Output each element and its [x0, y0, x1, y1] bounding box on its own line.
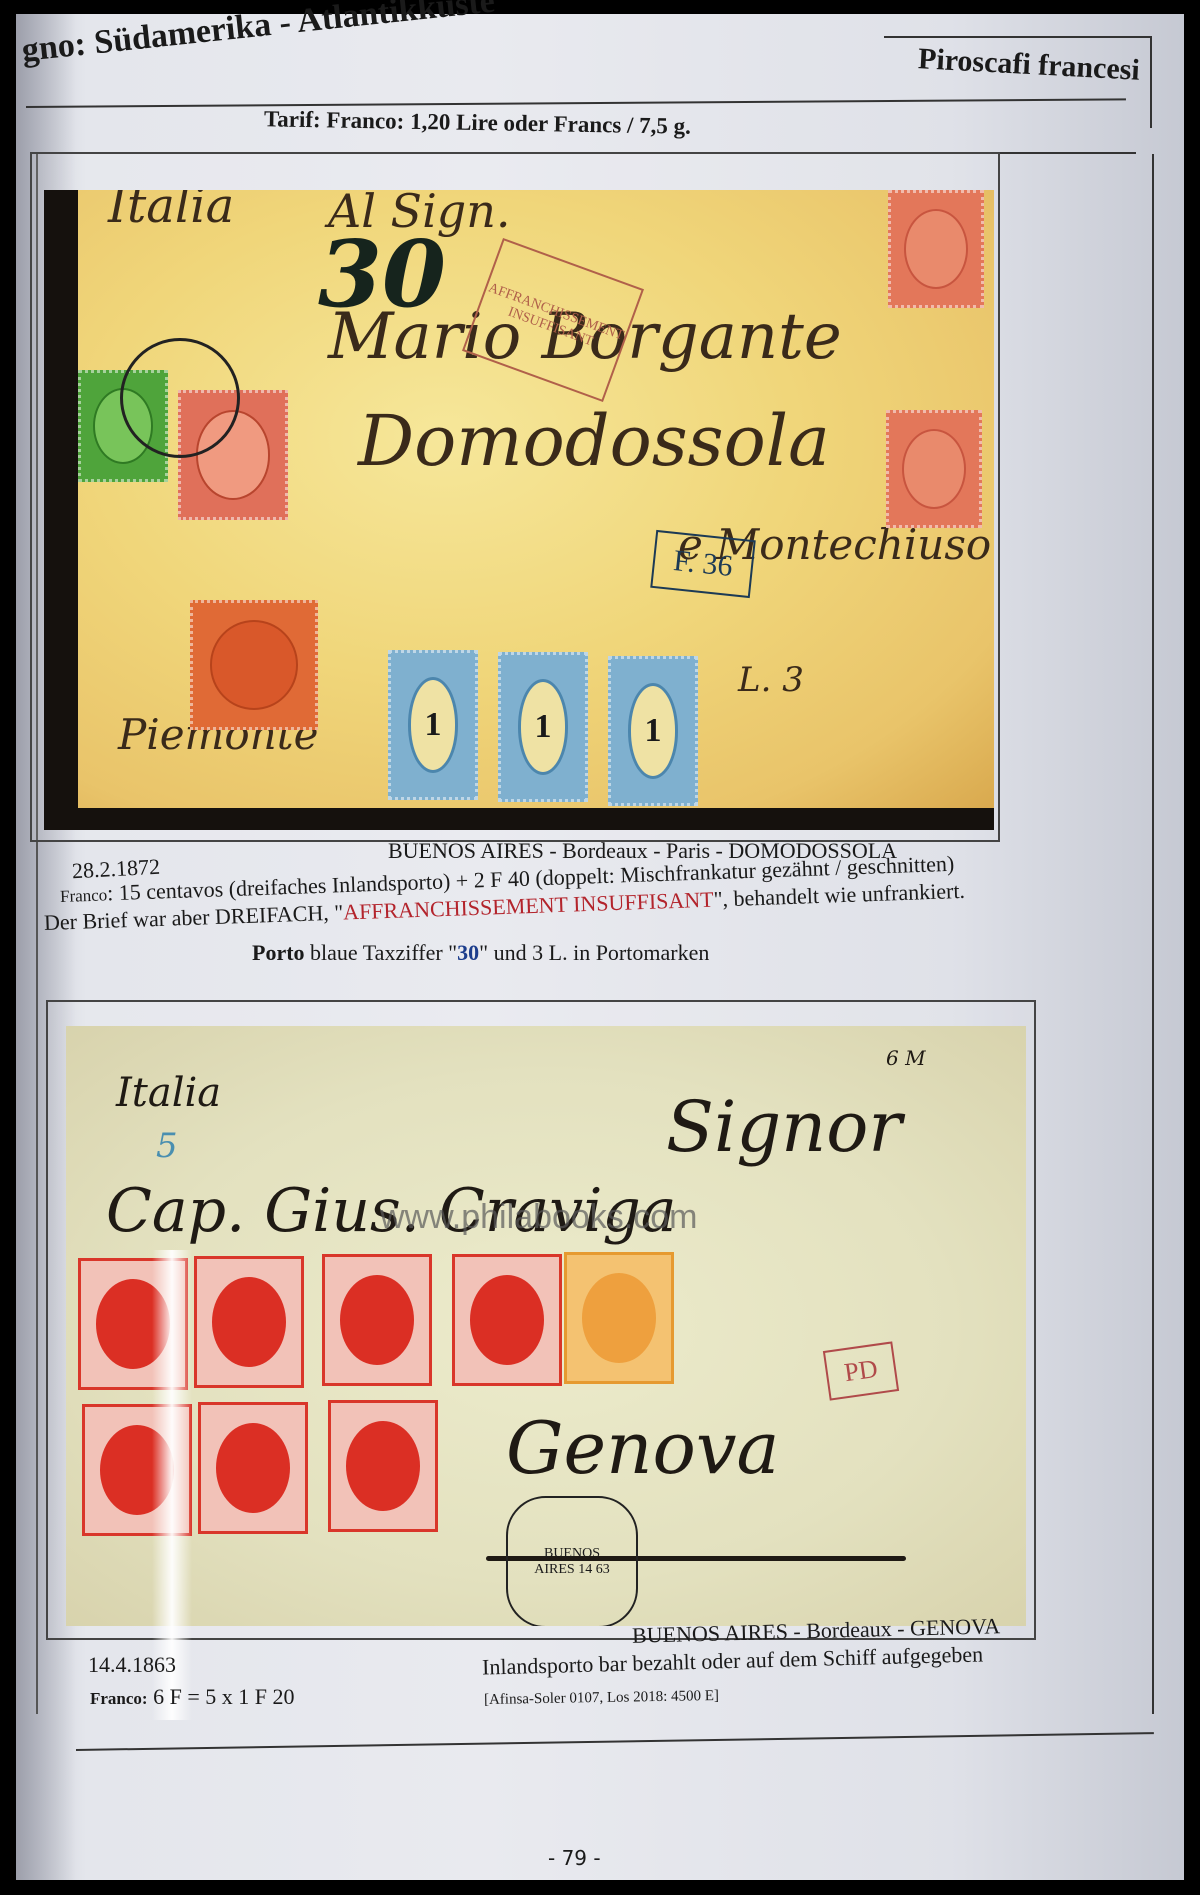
postage-due-stamp-3: 1 — [608, 656, 698, 806]
region-title: gno: Südamerika - Atlantikküste — [20, 0, 497, 70]
cover-2-envelope: Italia 5 6 M Signor Cap. Gius. Craviga G… — [66, 1026, 1026, 1626]
buenos-aires-postmark — [120, 338, 240, 458]
cover-2-franco: Franco: 6 F = 5 x 1 F 20 — [90, 1684, 294, 1710]
stamp-france-bordeaux — [190, 600, 318, 730]
cover-1-porto: Porto blaue Taxziffer "30" und 3 L. in P… — [252, 940, 709, 966]
pd-box-mark: PD — [823, 1341, 899, 1400]
stamp-france-red-7 — [328, 1400, 438, 1532]
cover-2-salutation: Signor — [666, 1086, 902, 1168]
cover-2-blue-mark: 5 — [156, 1126, 178, 1166]
cover-2-date: 14.4.1863 — [88, 1652, 176, 1678]
f36-box-mark: F. 36 — [650, 530, 756, 598]
photo-glare — [152, 1250, 192, 1720]
stamp-france-red-2 — [194, 1256, 304, 1388]
watermark: www.philabooks.com — [380, 1198, 697, 1237]
postage-due-stamp-2: 1 — [498, 652, 588, 802]
cover-2-destination: Italia — [116, 1070, 221, 1116]
insufficient-postage-box-mark: AFFRANCHISSEMENT INSUFFISANT — [462, 238, 644, 402]
stamp-france-orange — [564, 1252, 674, 1384]
stamp-france-red-4 — [452, 1254, 562, 1386]
cover-1-destination: Italia — [108, 190, 234, 234]
stamp-france-red-6 — [198, 1402, 308, 1534]
cover-2-corner-note: 6 M — [886, 1046, 926, 1070]
cover-2-city: Genova — [506, 1406, 779, 1490]
stamp-france-1 — [888, 190, 984, 308]
stamp-france-red-3 — [322, 1254, 432, 1386]
buenos-aires-octagon-postmark: BUENOS AIRES 14 63 — [506, 1496, 638, 1626]
postage-due-stamp-1: 1 — [388, 650, 478, 800]
page-number: - 79 - — [548, 1846, 601, 1870]
cover-1-city: Domodossola — [358, 400, 830, 482]
stamp-france-2 — [886, 410, 982, 528]
tariff-line: Tarif: Franco: 1,20 Lire oder Francs / 7… — [264, 106, 691, 139]
cover-1-note: L. 3 — [738, 660, 804, 700]
page-frame-bottom — [76, 1732, 1154, 1751]
cover-1-envelope: Italia Al Sign. 30 Mario Borgante Domodo… — [44, 190, 994, 830]
